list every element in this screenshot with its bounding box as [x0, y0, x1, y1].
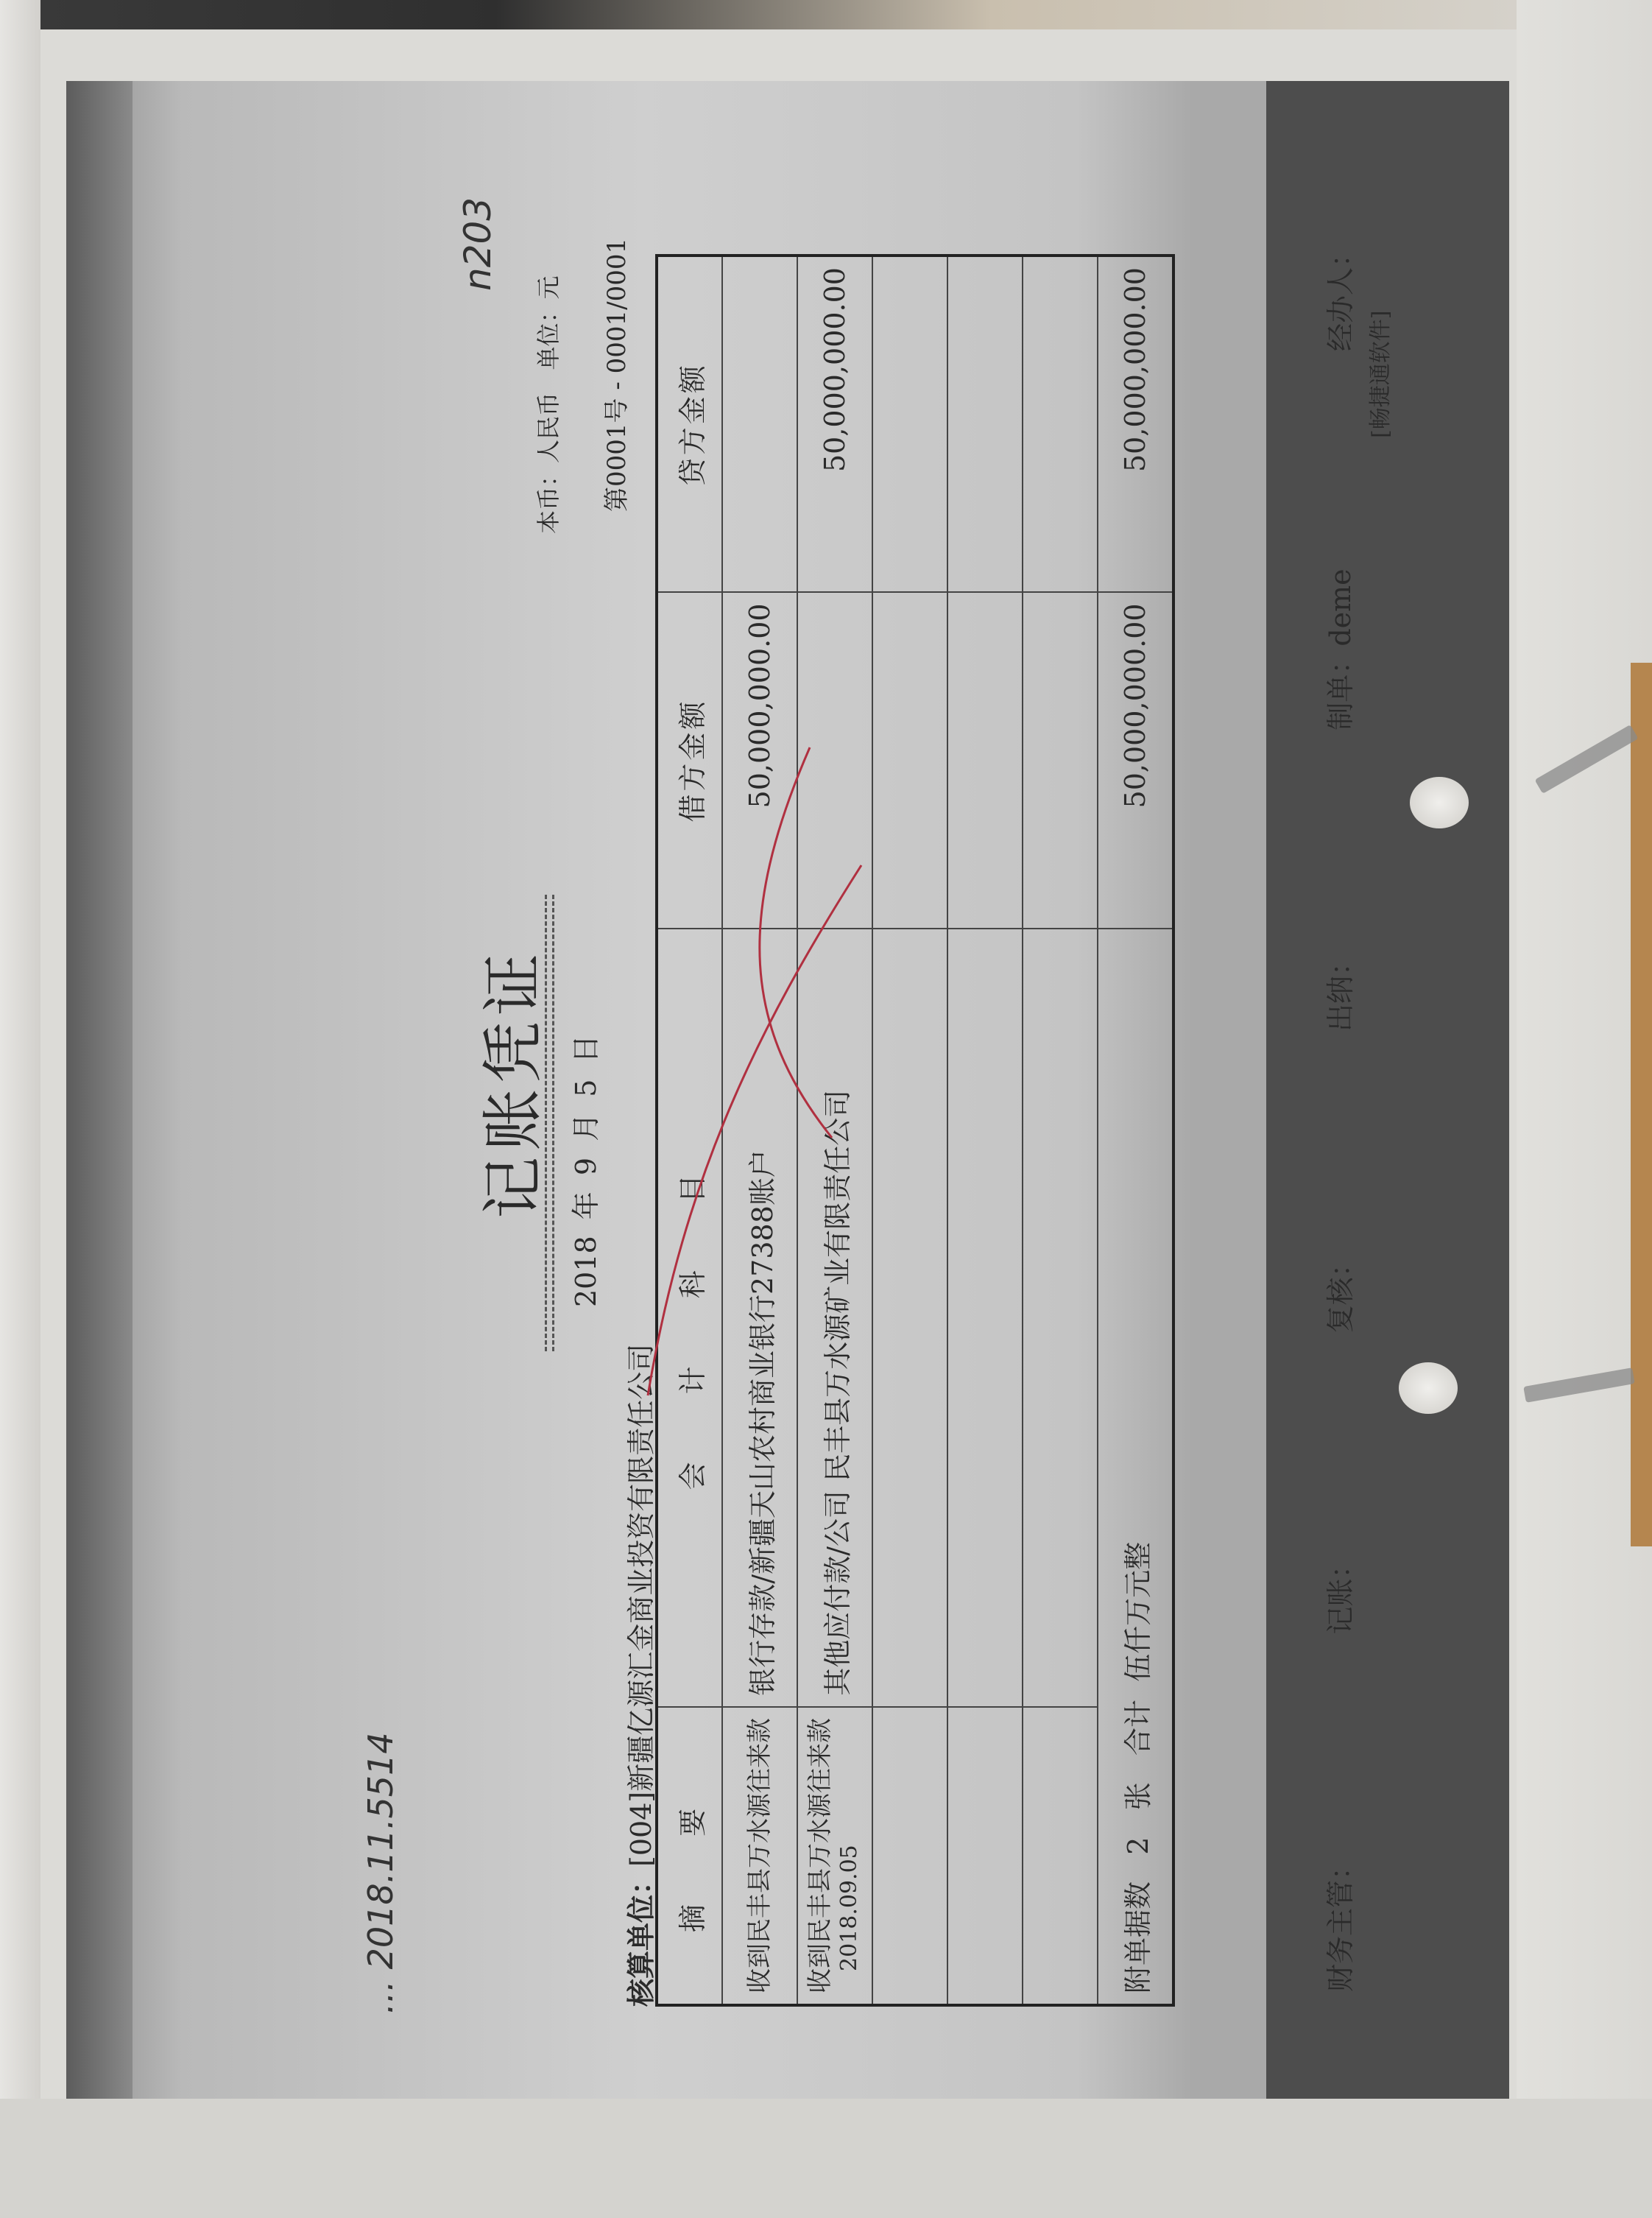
row-summary: 收到民丰县万水源往来款2018.09.05	[797, 1707, 872, 2005]
row-debit	[797, 592, 872, 928]
row-credit	[1023, 256, 1098, 592]
row-account: 其他应付款/公司 民丰县万水源矿业有限责任公司	[797, 929, 872, 1707]
table-row	[872, 256, 947, 2005]
supervisor-label: 财务主管：	[1318, 1852, 1358, 1992]
software-label: [畅捷通软件]	[1362, 311, 1394, 438]
reviewer-label: 复核：	[1318, 1249, 1358, 1333]
currency-info: 本币：人民币 单位：元	[530, 275, 564, 534]
voucher-number: 第0001号 - 0001/0001	[596, 238, 632, 512]
table-row: 收到民丰县万水源往来款 银行存款/新疆天山农村商业银行27388账户 50,00…	[722, 256, 797, 2005]
table-row	[1023, 256, 1098, 2005]
handler-label: 经办人：	[1318, 239, 1358, 351]
row-account	[947, 929, 1023, 1707]
row-debit	[1023, 592, 1098, 928]
total-description: 附单据数 2 张 合计 伍仟万元整	[1098, 929, 1173, 2005]
table-header: 摘 要 会 计 科 目 借方金额 贷方金额	[657, 256, 722, 2005]
voucher-title: 记账凭证	[464, 948, 553, 1219]
handwritten-margin-note: … 2018.11.5514	[361, 1732, 400, 2014]
row-debit: 50,000,000.00	[722, 592, 797, 928]
row-account	[1023, 929, 1098, 1707]
row-account	[872, 929, 947, 1707]
paper-left-edge	[0, 0, 40, 2218]
voucher-table: 摘 要 会 计 科 目 借方金额 贷方金额 收到民丰县万水源往来款 银行存款/新…	[655, 254, 1175, 2007]
total-row: 附单据数 2 张 合计 伍仟万元整 50,000,000.00 50,000,0…	[1098, 256, 1173, 2005]
bookkeeper-label: 记账：	[1318, 1551, 1358, 1635]
row-account: 银行存款/新疆天山农村商业银行27388账户	[722, 929, 797, 1707]
row-summary	[1023, 1707, 1098, 2005]
row-debit	[947, 592, 1023, 928]
row-summary	[947, 1707, 1023, 2005]
row-credit	[872, 256, 947, 592]
row-debit	[872, 592, 947, 928]
row-summary: 收到民丰县万水源往来款	[722, 1707, 797, 2005]
row-credit: 50,000,000.00	[797, 256, 872, 592]
title-underline	[545, 895, 547, 1351]
cardboard-edge	[1631, 663, 1652, 1546]
row-summary	[872, 1707, 947, 2005]
row-credit	[722, 256, 797, 592]
cashier-label: 出纳：	[1318, 948, 1358, 1032]
accounting-voucher: … 2018.11.5514 n203 记账凭证 2018 年 9 月 5 日 …	[302, 99, 1465, 2132]
voucher-date: 2018 年 9 月 5 日	[563, 1035, 604, 1307]
header-credit: 贷方金额	[657, 256, 722, 592]
table-row	[947, 256, 1023, 2005]
title-underline	[552, 895, 554, 1351]
total-credit: 50,000,000.00	[1098, 256, 1173, 592]
signature-footer: 财务主管： 记账： 复核： 出纳： 制单：deme 经办人：	[1318, 239, 1358, 1992]
table-row: 收到民丰县万水源往来款2018.09.05 其他应付款/公司 民丰县万水源矿业有…	[797, 256, 872, 2005]
header-debit: 借方金额	[657, 592, 722, 928]
preparer-label: 制单：deme	[1318, 568, 1358, 730]
accounting-unit: 核算单位：[004]新疆亿源汇金商业投资有限责任公司	[618, 1344, 659, 2007]
handwritten-page-number: n203	[456, 197, 499, 291]
total-debit: 50,000,000.00	[1098, 592, 1173, 928]
photocopy-left-shadow	[66, 81, 133, 2099]
header-summary: 摘 要	[657, 1707, 722, 2005]
row-credit	[947, 256, 1023, 592]
header-account: 会 计 科 目	[657, 929, 722, 1707]
